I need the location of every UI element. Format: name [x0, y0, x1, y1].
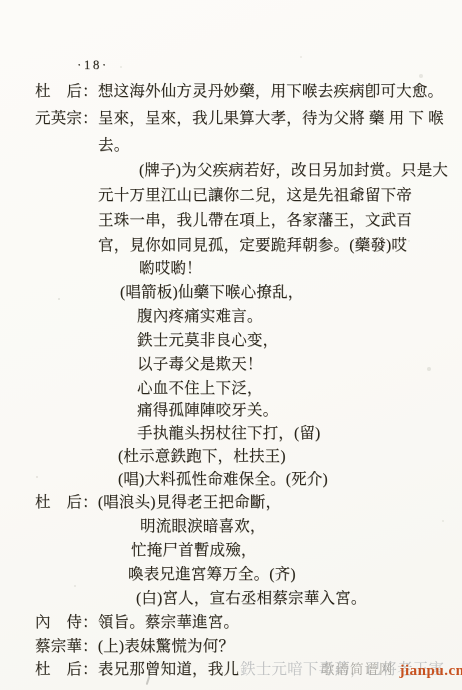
script-line: 心血不住上下泛，	[137, 379, 263, 398]
script-line: 痛得孤陣陣咬牙关。	[137, 401, 278, 420]
speaker-name: 內 侍：	[35, 614, 98, 631]
dialogue-text: 去。	[98, 137, 129, 154]
script-line: 去。	[98, 136, 129, 155]
scan-noise-specks	[0, 0, 2, 2]
speaker-name: 杜 后：	[35, 494, 98, 511]
scanned-page: ·18· 杜 后：想这海外仙方灵丹妙藥，用下喉去疾病卽可大愈。元英宗：呈來，呈來…	[0, 0, 462, 690]
watermark-site-domain: jianpu.cn	[400, 663, 462, 679]
script-line: 喲哎喲！	[139, 259, 202, 278]
script-line: 王珠一串，我儿帶在項上，各家藩王，文武百	[98, 211, 412, 230]
speaker-name: 杜 后：	[35, 661, 98, 678]
script-line: 以子毒父是欺天！	[137, 355, 263, 374]
script-line: 鉄士元莫非良心变，	[137, 331, 278, 350]
dialogue-text: 心血不住上下泛，	[137, 380, 263, 397]
script-line: (杜示意鉄跑下，杜扶王)	[118, 447, 286, 466]
dialogue-text: (唱箭板)仙藥下喉心撩乱，	[120, 284, 303, 301]
script-line: 內 侍：領旨。蔡宗華進宮。	[35, 613, 239, 632]
dialogue-text: 領旨。蔡宗華進宮。	[98, 614, 239, 631]
script-line: (唱)大料孤性命难保全。(死介)	[118, 470, 328, 489]
dialogue-text: 想这海外仙方灵丹妙藥，用下喉去疾病卽可大愈。	[98, 83, 443, 100]
speaker-name: 蔡宗華：	[35, 638, 98, 655]
dialogue-text: (白)宮人，宣右丞相蔡宗華入宮。	[136, 590, 367, 607]
dialogue-text: 忙掩尸首暫成殮，	[131, 542, 257, 559]
watermark: 歌谱简谱网 jianpu.cn	[321, 658, 462, 680]
dialogue-text: 喚表兄進宮筹万全。(齐)	[128, 566, 296, 583]
page-number: ·18·	[77, 57, 109, 73]
dialogue-text: 王珠一串，我儿帶在項上，各家藩王，文武百	[98, 212, 412, 229]
script-line: 官，見你如同見孤，定要跪拜朝参。(藥發)哎	[98, 236, 407, 255]
script-line: 手执龍头拐杖往下打，(留)	[137, 424, 320, 443]
script-line: 元英宗：呈來，呈來，我儿果算大孝，待为父將 藥 用 下 喉	[35, 109, 444, 128]
dialogue-text: 呈來，呈來，我儿果算大孝，待为父將 藥 用 下 喉	[98, 110, 444, 127]
script-line: 蔡宗華：(上)表妹驚慌为何？	[35, 637, 234, 656]
script-line: (唱箭板)仙藥下喉心撩乱，	[120, 283, 303, 302]
script-line: (牌子)为父疾病若好，改日另加封赏。只是大	[139, 161, 448, 180]
script-line: 杜 后：(唱浪头)見得老王把命斷，	[35, 493, 281, 512]
dialogue-text: (牌子)为父疾病若好，改日另加封赏。只是大	[139, 162, 448, 179]
dialogue-text: (唱浪头)見得老王把命斷，	[98, 494, 281, 511]
script-line: 忙掩尸首暫成殮，	[131, 541, 257, 560]
watermark-site-name: 歌谱简谱网	[321, 662, 394, 677]
script-line: 明流眼淚暗喜欢，	[140, 517, 266, 536]
dialogue-text: (杜示意鉄跑下，杜扶王)	[118, 448, 286, 465]
script-line: 元十万里江山已讓你二兒，这是先祖爺留下帝	[98, 186, 412, 205]
dialogue-text: 鉄士元莫非良心变，	[137, 332, 278, 349]
dialogue-text: 腹內疼痛实难言。	[137, 308, 263, 325]
script-line: (白)宮人，宣右丞相蔡宗華入宮。	[136, 589, 367, 608]
dialogue-text: 以子毒父是欺天！	[137, 356, 263, 373]
dialogue-text: 明流眼淚暗喜欢，	[140, 518, 266, 535]
dialogue-text: 痛得孤陣陣咬牙关。	[137, 402, 278, 419]
speaker-name: 杜 后：	[35, 83, 98, 100]
script-line: 喚表兄進宮筹万全。(齐)	[128, 565, 296, 584]
dialogue-text: 官，見你如同見孤，定要跪拜朝参。(藥發)哎	[98, 237, 407, 254]
dialogue-text: 元十万里江山已讓你二兒，这是先祖爺留下帝	[98, 187, 412, 204]
dialogue-text: (上)表妹驚慌为何？	[98, 638, 234, 655]
dialogue-text: 喲哎喲！	[139, 260, 202, 277]
script-line: 腹內疼痛实难言。	[137, 307, 263, 326]
speaker-name: 元英宗：	[35, 110, 98, 127]
dialogue-text: 手执龍头拐杖往下打，(留)	[137, 425, 320, 442]
dialogue-text: 表兄那曾知道，我儿	[98, 661, 239, 678]
script-line: 杜 后：想这海外仙方灵丹妙藥，用下喉去疾病卽可大愈。	[35, 82, 443, 101]
dialogue-text: (唱)大料孤性命难保全。(死介)	[118, 471, 328, 488]
